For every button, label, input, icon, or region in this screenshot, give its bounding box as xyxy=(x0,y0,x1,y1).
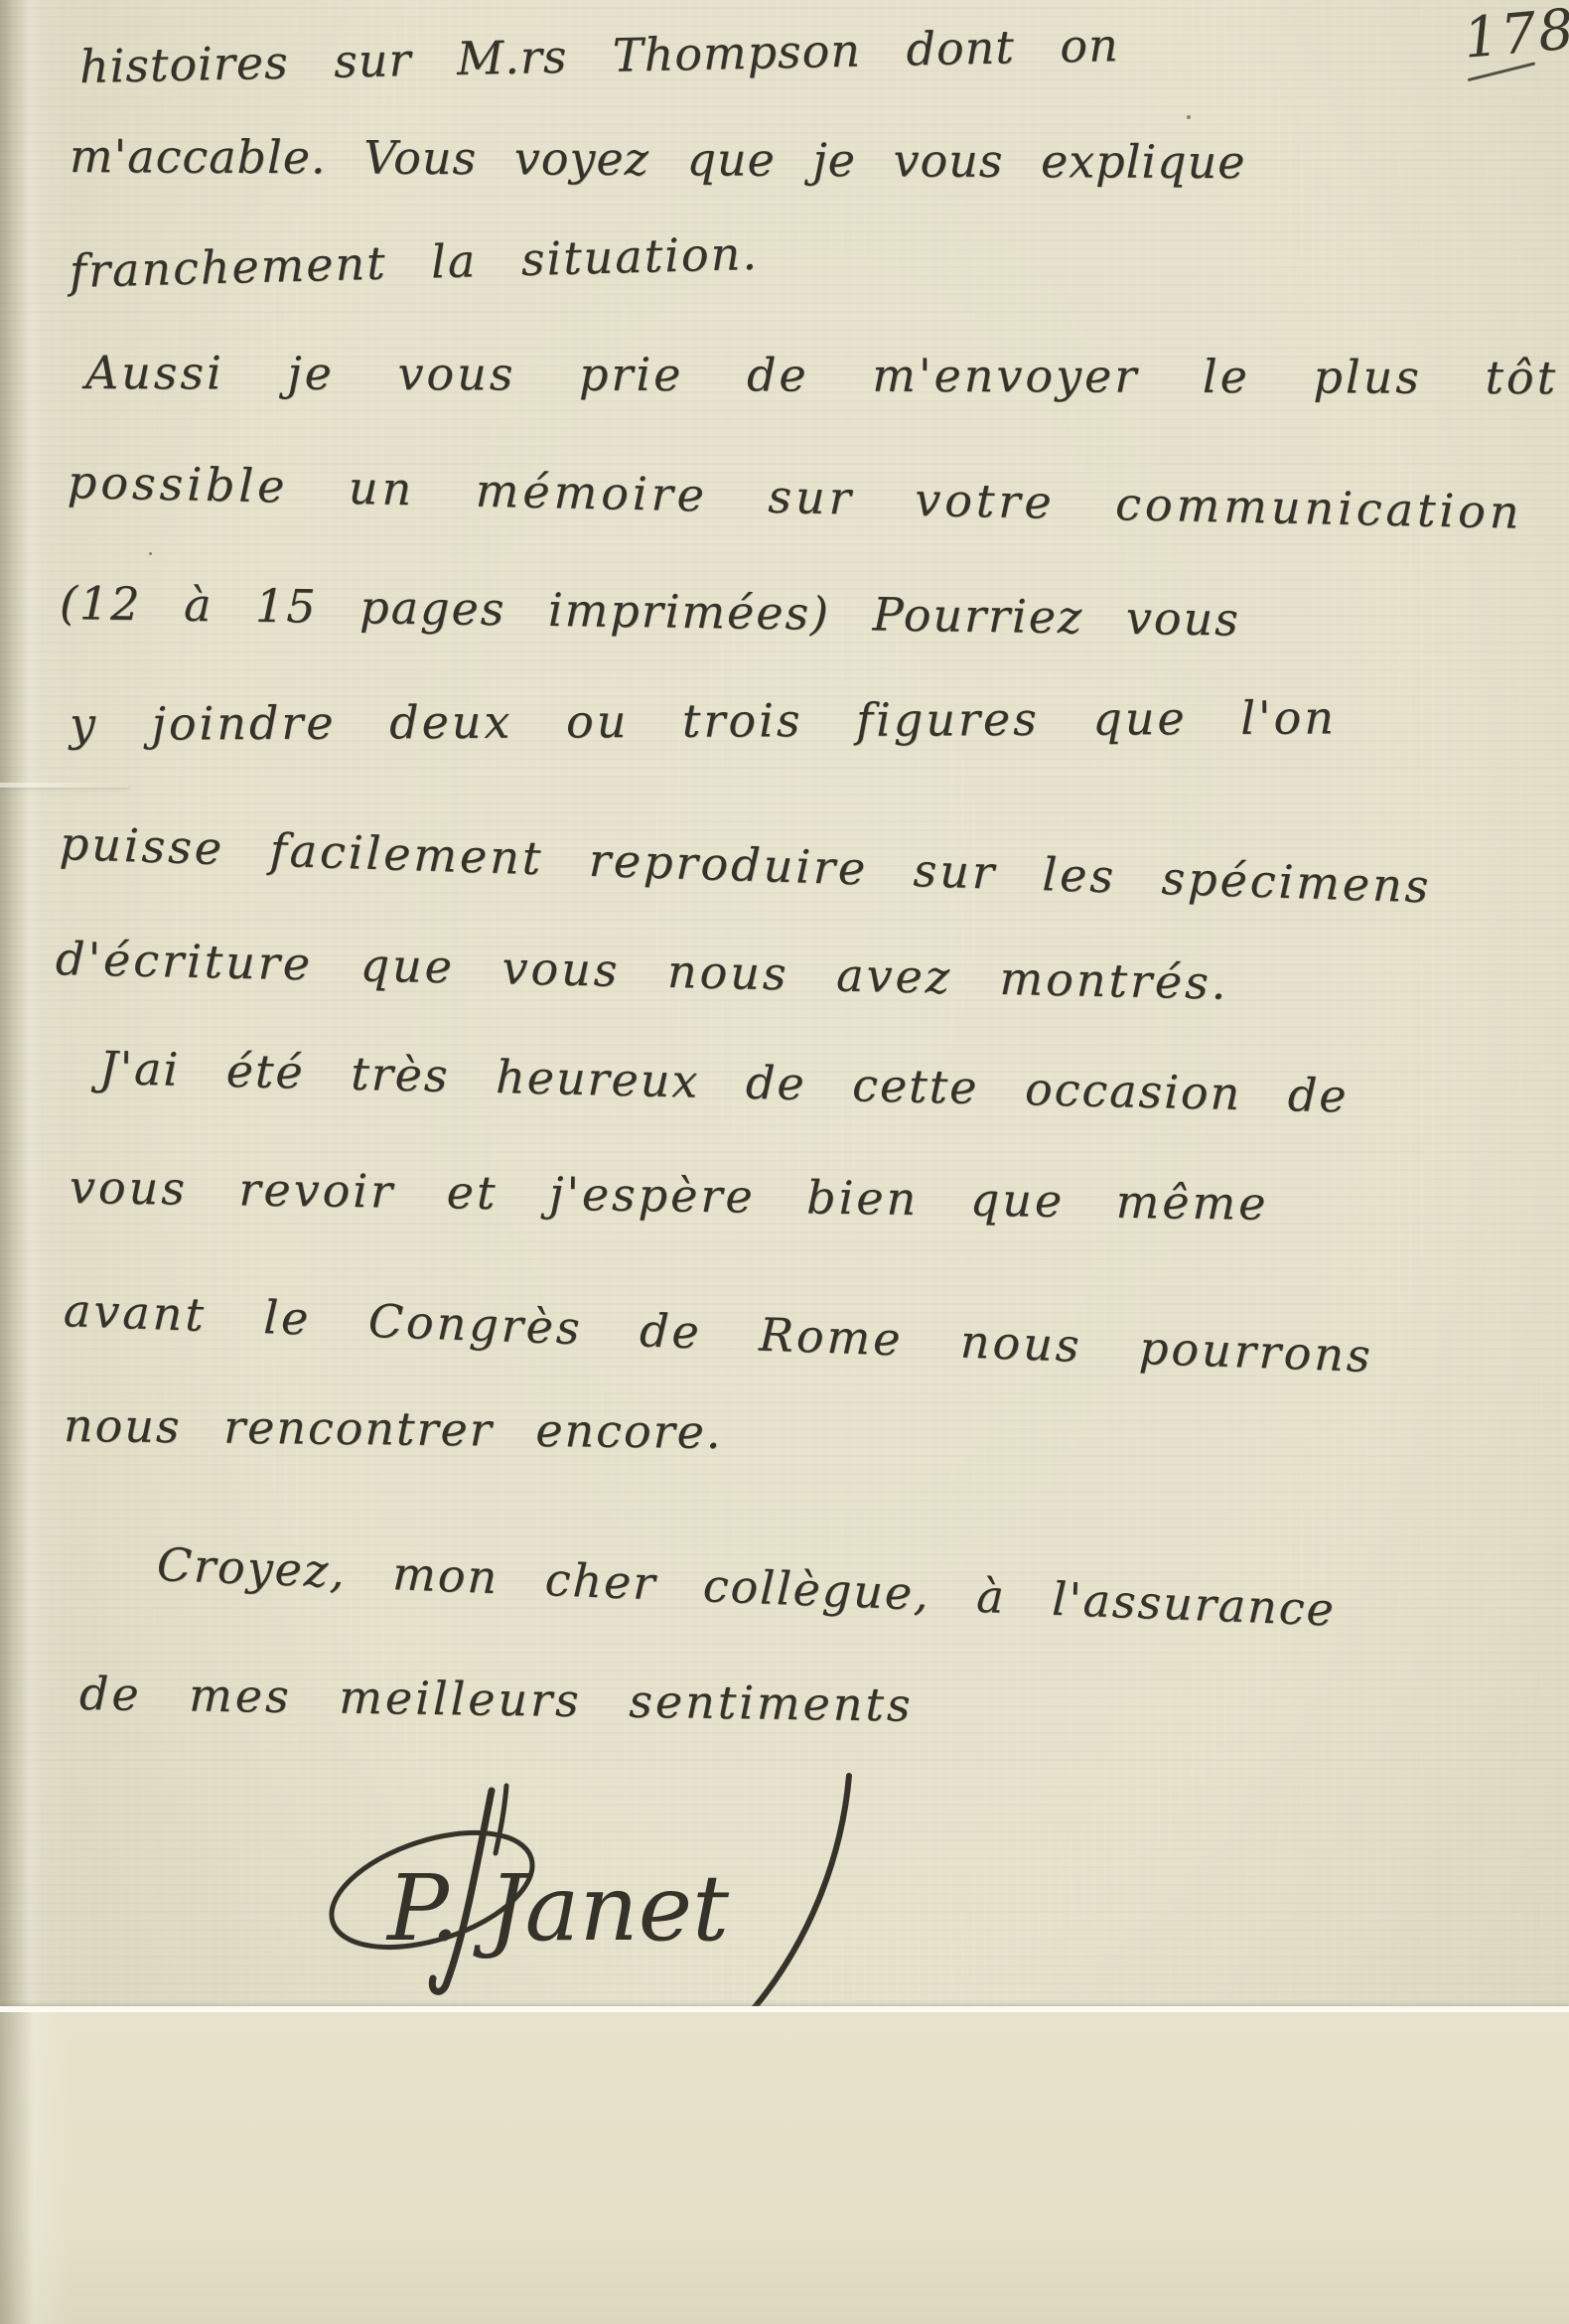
handwritten-line-3: franchement la situation. xyxy=(69,226,759,298)
page-number: 178 xyxy=(1461,0,1569,76)
handwritten-line-1: histoires sur M.rs Thompson dont on xyxy=(78,18,1119,93)
signature-text: P. Janet xyxy=(385,1855,730,1961)
lower-sheet-region xyxy=(0,2012,1569,2324)
handwritten-line-8: puisse facilement reproduire sur les spé… xyxy=(59,816,1432,913)
ink-speck xyxy=(1187,115,1191,119)
paper-left-edge-shadow xyxy=(0,0,70,2324)
handwritten-line-4: Aussi je vous prie de m'envoyer le plus … xyxy=(85,346,1558,404)
handwritten-line-10: J'ai été très heureux de cette occasion … xyxy=(98,1041,1349,1123)
handwritten-line-7: y joindre deux ou trois figures que l'on xyxy=(70,690,1337,751)
signature: P. Janet xyxy=(258,1746,1033,2044)
scanned-letter-page: 178 histoires sur M.rs Thompson dont on … xyxy=(0,0,1569,2324)
signature-flourish-short xyxy=(496,1786,506,1853)
signature-flourish-long xyxy=(745,1776,849,2019)
handwritten-line-11: vous revoir et j'espère bien que même xyxy=(70,1160,1269,1231)
handwritten-line-14: Croyez, mon cher collègue, à l'assurance xyxy=(156,1537,1337,1637)
handwritten-line-13: nous rencontrer encore. xyxy=(64,1398,723,1459)
handwritten-line-6: (12 à 15 pages imprimées) Pourriez vous xyxy=(60,576,1241,647)
paper-crease xyxy=(0,783,129,788)
paper-left-edge-shadow-lower xyxy=(0,2012,70,2324)
handwritten-line-2: m'accable. Vous voyez que je vous expliq… xyxy=(70,129,1246,189)
handwritten-line-15: de mes meilleurs sentiments xyxy=(79,1667,914,1732)
handwritten-line-9: d'écriture que vous nous avez montrés. xyxy=(55,932,1229,1010)
handwritten-line-5: possible un mémoire sur votre communicat… xyxy=(67,455,1523,539)
ink-speck xyxy=(149,552,152,555)
handwritten-line-12: avant le Congrès de Rome nous pourrons xyxy=(63,1283,1374,1382)
